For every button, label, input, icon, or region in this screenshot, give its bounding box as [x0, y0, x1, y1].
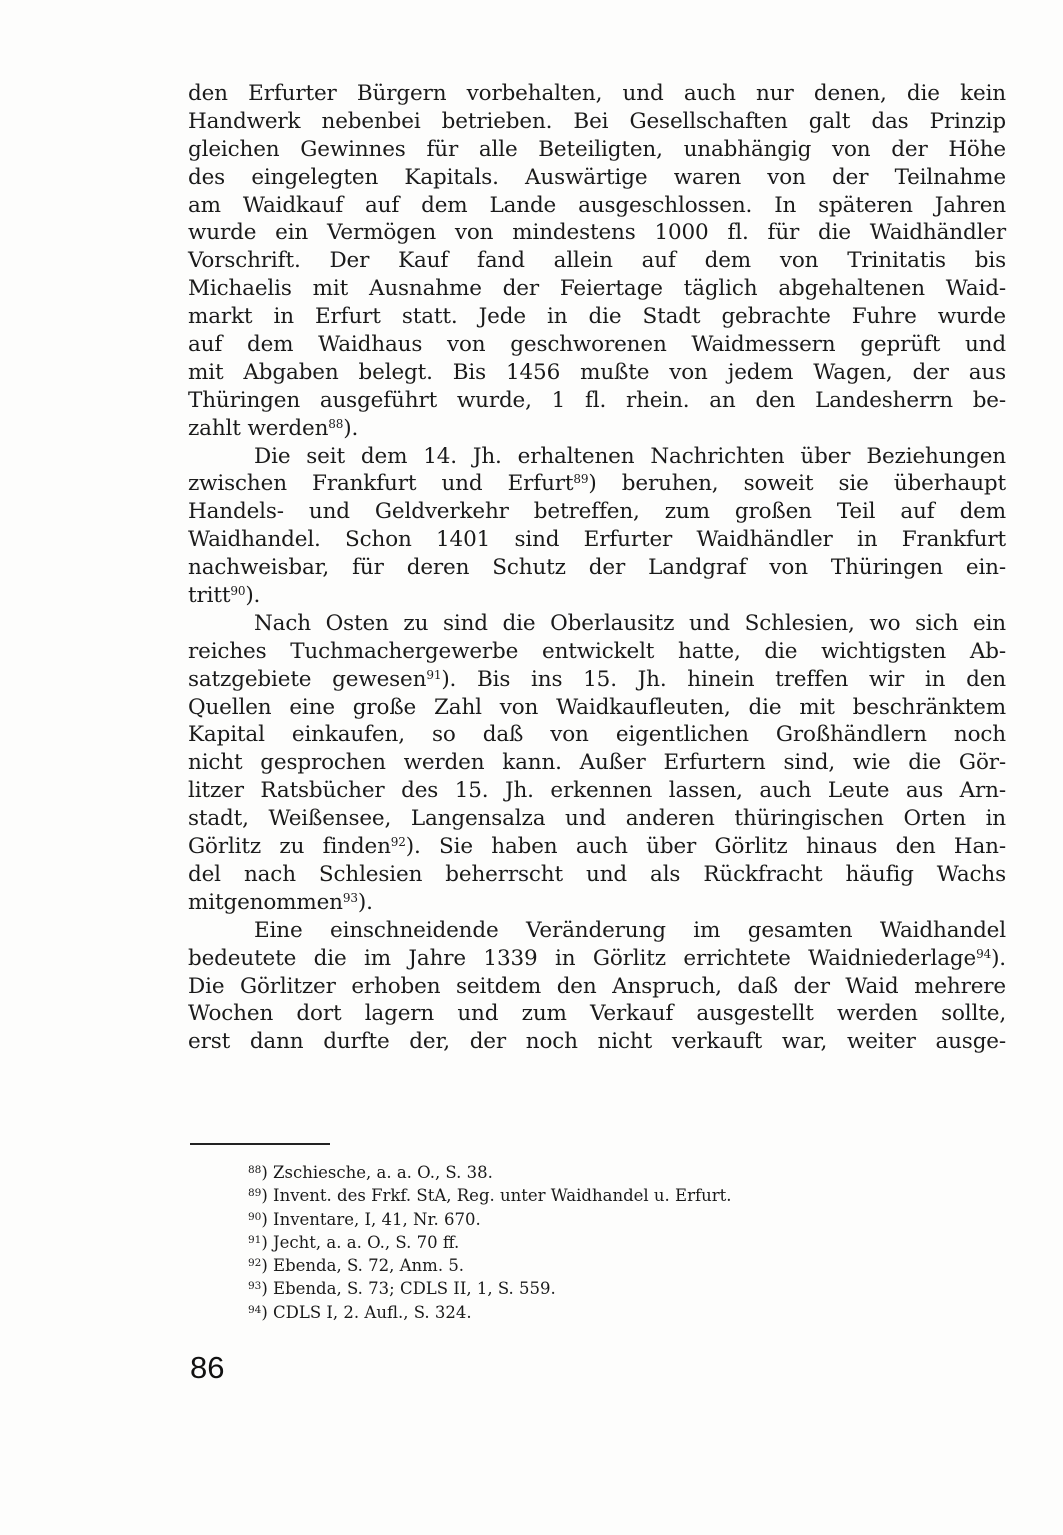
footnotes: 88) Zschiesche, a. a. O., S. 38. 89) Inv… — [248, 1160, 948, 1323]
text-line: markt in Erfurt statt. Jede in die Stadt… — [188, 303, 1006, 331]
text-line: Die Görlitzer erhoben seitdem den Anspru… — [188, 973, 1006, 1001]
text-line: Kapital einkaufen, so daß von eigentlich… — [188, 721, 1006, 749]
footnote-ref[interactable]: 92 — [391, 835, 406, 849]
footnote-text: ) Invent. des Frkf. StA, Reg. unter Waid… — [261, 1186, 731, 1205]
footnote-89: 89) Invent. des Frkf. StA, Reg. unter Wa… — [248, 1183, 948, 1206]
text-line: Handwerk nebenbei betrieben. Bei Gesells… — [188, 108, 1006, 136]
footnote-ref[interactable]: 94 — [976, 947, 991, 961]
footnote-92: 92) Ebenda, S. 72, Anm. 5. — [248, 1253, 948, 1276]
paragraph-start-line: Nach Osten zu sind die Oberlausitz und S… — [188, 610, 1006, 638]
line-text: ). Bis ins 15. Jh. hinein treffen wir in… — [441, 667, 1006, 692]
text-line: Wochen dort lagern und zum Verkauf ausge… — [188, 1000, 1006, 1028]
text-line: nicht gesprochen werden kann. Außer Erfu… — [188, 749, 1006, 777]
body-text: den Erfurter Bürgern vorbehalten, und au… — [188, 80, 1006, 1056]
text-line: des eingelegten Kapitals. Auswärtige war… — [188, 164, 1006, 192]
footnote-number: 89 — [248, 1187, 261, 1199]
line-text: zwischen Frankfurt und Erfurt — [188, 471, 573, 496]
text-line: Görlitz zu finden92). Sie haben auch übe… — [188, 833, 1006, 861]
footnote-ref[interactable]: 91 — [426, 668, 441, 682]
text-line: wurde ein Vermögen von mindestens 1000 f… — [188, 219, 1006, 247]
text-line: gleichen Gewinnes für alle Beteiligten, … — [188, 136, 1006, 164]
paragraph-start-line: Eine einschneidende Veränderung im gesam… — [188, 917, 1006, 945]
footnote-text: ) Zschiesche, a. a. O., S. 38. — [261, 1163, 493, 1182]
footnote-91: 91) Jecht, a. a. O., S. 70 ff. — [248, 1230, 948, 1253]
page-number: 86 — [190, 1350, 224, 1386]
text-line: am Waidkauf auf dem Lande ausgeschlossen… — [188, 192, 1006, 220]
text-line: bedeutete die im Jahre 1339 in Görlitz e… — [188, 945, 1006, 973]
text-line: auf dem Waidhaus von geschworenen Waidme… — [188, 331, 1006, 359]
text-line: nachweisbar, für deren Schutz der Landgr… — [188, 554, 1006, 582]
text-line: erst dann durfte der, der noch nicht ver… — [188, 1028, 1006, 1056]
line-text: mitgenommen — [188, 890, 343, 915]
footnote-ref[interactable]: 90 — [230, 584, 245, 598]
footnote-text: ) Ebenda, S. 72, Anm. 5. — [261, 1256, 464, 1275]
text-line: Vorschrift. Der Kauf fand allein auf dem… — [188, 247, 1006, 275]
text-line: mit Abgaben belegt. Bis 1456 mußte von j… — [188, 359, 1006, 387]
text-line: zwischen Frankfurt und Erfurt89) beruhen… — [188, 470, 1006, 498]
footnote-93: 93) Ebenda, S. 73; CDLS II, 1, S. 559. — [248, 1276, 948, 1299]
footnote-90: 90) Inventare, I, 41, Nr. 670. — [248, 1207, 948, 1230]
text-line: satzgebiete gewesen91). Bis ins 15. Jh. … — [188, 666, 1006, 694]
text-line: Quellen eine große Zahl von Waidkaufleut… — [188, 694, 1006, 722]
footnote-number: 93 — [248, 1280, 261, 1292]
line-text: ). Sie haben auch über Görlitz hinaus de… — [406, 834, 1006, 859]
footnote-ref[interactable]: 89 — [573, 472, 588, 486]
text-line: del nach Schlesien beherrscht und als Rü… — [188, 861, 1006, 889]
footnote-text: ) Jecht, a. a. O., S. 70 ff. — [261, 1233, 459, 1252]
text-line: den Erfurter Bürgern vorbehalten, und au… — [188, 80, 1006, 108]
line-text: bedeutete die im Jahre 1339 in Görlitz e… — [188, 946, 976, 971]
text-line: mitgenommen93). — [188, 889, 1006, 917]
text-line: litzer Ratsbücher des 15. Jh. erkennen l… — [188, 777, 1006, 805]
text-line: reiches Tuchmachergewerbe entwickelt hat… — [188, 638, 1006, 666]
footnote-text: ) CDLS I, 2. Aufl., S. 324. — [261, 1303, 471, 1322]
paragraph-start-line: Die seit dem 14. Jh. erhaltenen Nachrich… — [188, 443, 1006, 471]
footnote-number: 91 — [248, 1234, 261, 1246]
footnote-ref[interactable]: 93 — [343, 891, 358, 905]
footnote-text: ) Inventare, I, 41, Nr. 670. — [261, 1210, 480, 1229]
footnote-separator — [190, 1143, 330, 1145]
text-line: tritt90). — [188, 582, 1006, 610]
line-text: satzgebiete gewesen — [188, 667, 426, 692]
footnote-text: ) Ebenda, S. 73; CDLS II, 1, S. 559. — [261, 1279, 555, 1298]
book-page: den Erfurter Bürgern vorbehalten, und au… — [0, 0, 1063, 1535]
text-line: Waidhandel. Schon 1401 sind Erfurter Wai… — [188, 526, 1006, 554]
footnote-ref[interactable]: 88 — [328, 417, 343, 431]
line-text: ). — [245, 583, 260, 608]
footnote-number: 88 — [248, 1164, 261, 1176]
footnote-number: 92 — [248, 1257, 261, 1269]
line-text: ). — [343, 416, 358, 441]
footnote-number: 90 — [248, 1211, 261, 1223]
footnote-number: 94 — [248, 1304, 261, 1316]
footnote-94: 94) CDLS I, 2. Aufl., S. 324. — [248, 1300, 948, 1323]
text-line: stadt, Weißensee, Langensalza und andere… — [188, 805, 1006, 833]
line-text: ). — [358, 890, 373, 915]
line-text: ). — [991, 946, 1006, 971]
line-text: ) beruhen, soweit sie überhaupt — [588, 471, 1006, 496]
text-line: Handels- und Geldverkehr betreffen, zum … — [188, 498, 1006, 526]
line-text: Görlitz zu finden — [188, 834, 391, 859]
line-text: tritt — [188, 583, 230, 608]
text-line: zahlt werden88). — [188, 415, 1006, 443]
text-line: Michaelis mit Ausnahme der Feiertage täg… — [188, 275, 1006, 303]
text-line: Thüringen ausgeführt wurde, 1 fl. rhein.… — [188, 387, 1006, 415]
footnote-88: 88) Zschiesche, a. a. O., S. 38. — [248, 1160, 948, 1183]
line-text: zahlt werden — [188, 416, 328, 441]
